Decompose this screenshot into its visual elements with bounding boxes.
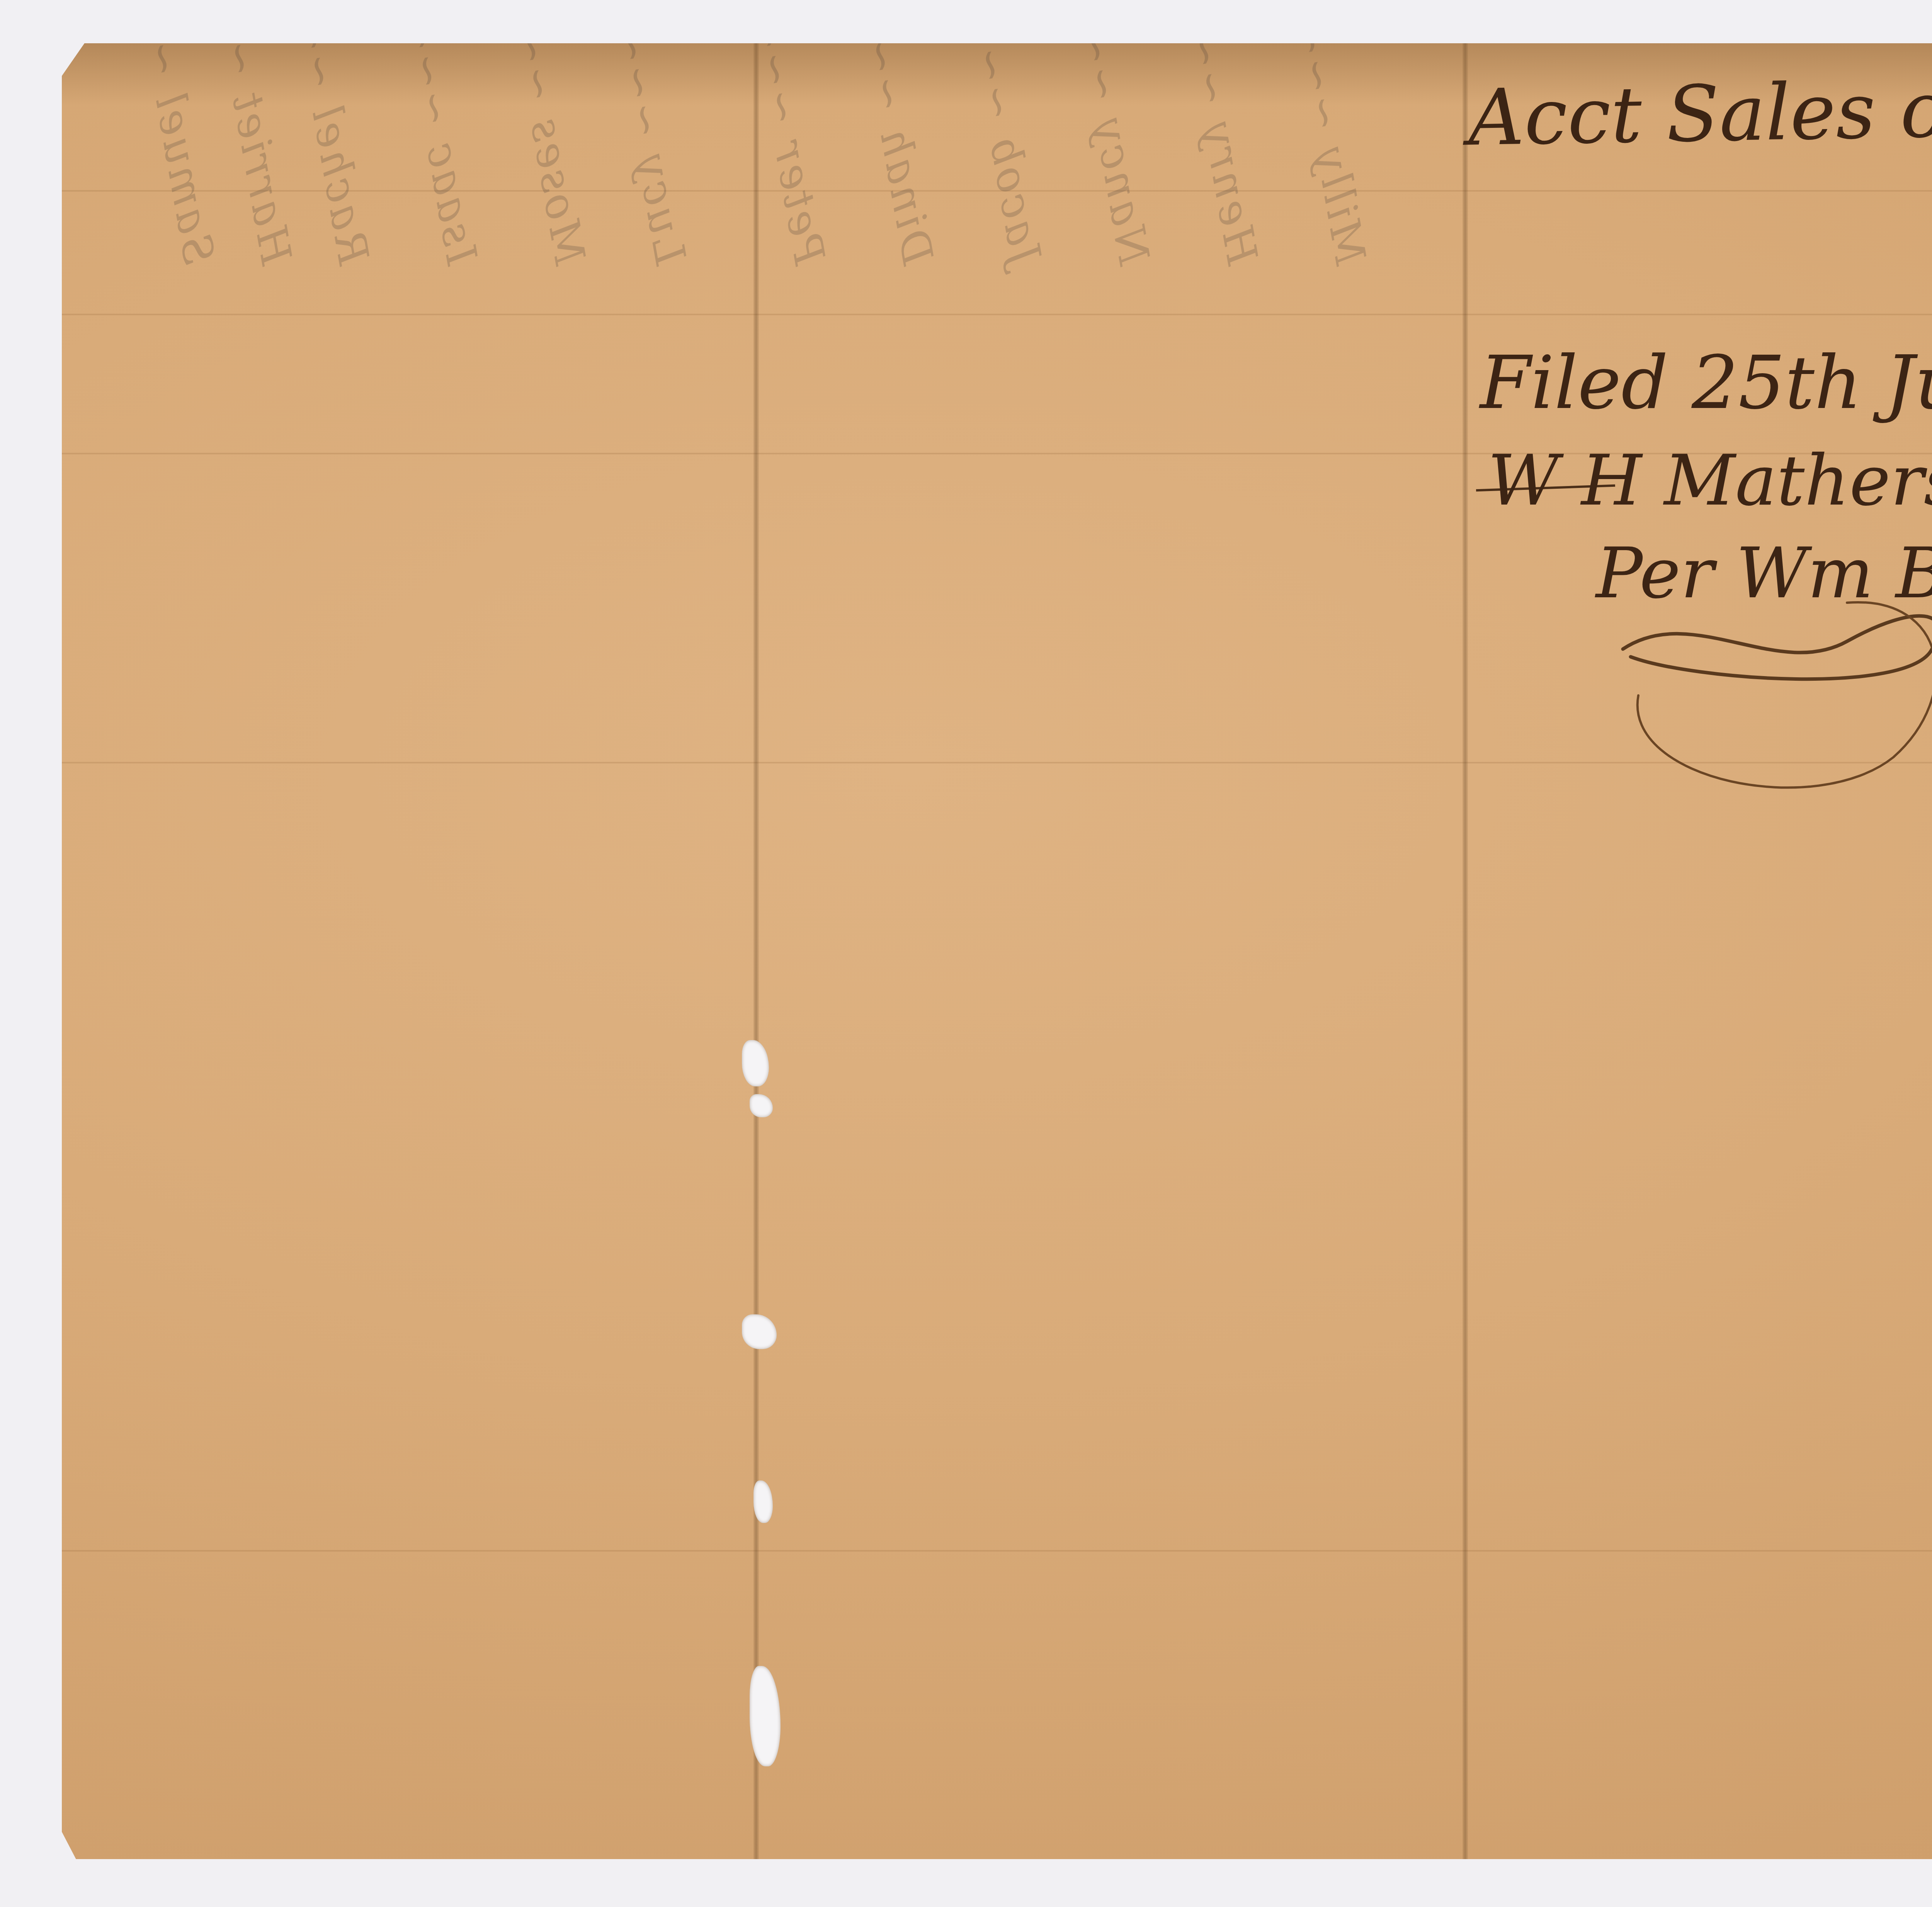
bleed-through-text: Samuel ~~~~ dollars 112 [61,0,224,268]
ruled-line [62,314,1932,315]
tear-hole [753,1480,773,1523]
filed-date-line: Filed 25th June 1832 [1480,340,1932,425]
tear-hole [742,1314,777,1349]
signature-flourish-icon [1577,580,1932,796]
clerk-signature: W H Mathers Jr Clk [1488,440,1932,521]
bleed-through-text: Peter ~~~ a man 320 [690,0,835,268]
tear-hole [750,1094,773,1117]
ruled-line [62,1550,1932,1552]
fold-line [1463,43,1468,1859]
fold-line [753,43,759,1859]
tear-hole [742,1040,769,1086]
tear-hole [750,1666,781,1766]
docket-title: Acct Sales of Negroes [1468,58,1932,163]
manuscript-sheet: Samuel ~~~~ dollars 112 Harriet ~~~ a wo… [62,43,1932,1859]
